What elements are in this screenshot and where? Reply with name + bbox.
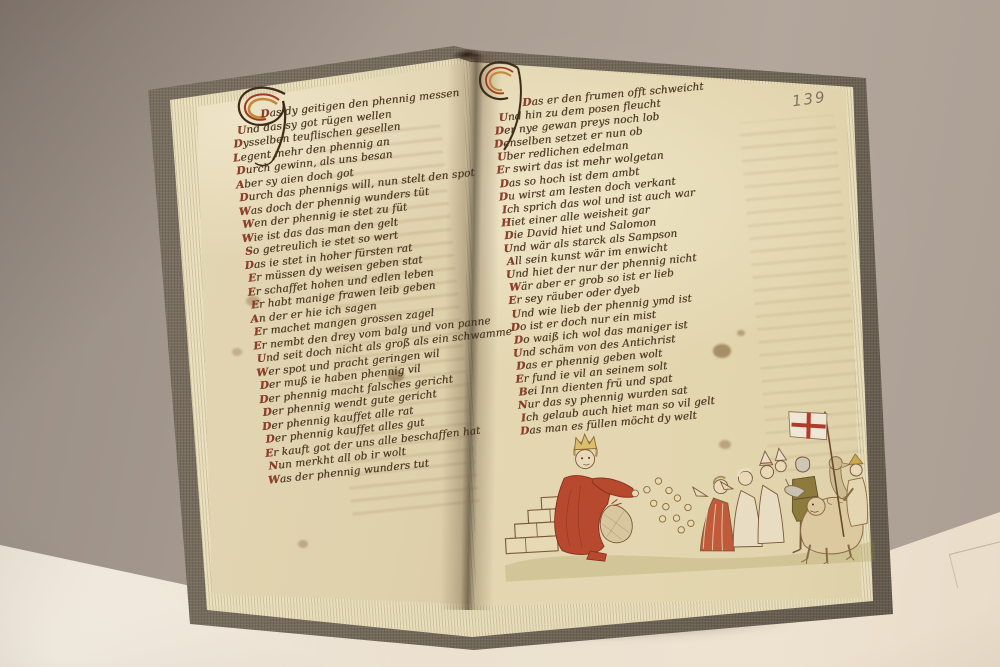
kneeling-supplicants bbox=[691, 448, 791, 553]
photograph-of-open-manuscript: Das dy geitigen den phennig messenUnd da… bbox=[0, 0, 1000, 667]
king-figure bbox=[550, 431, 642, 564]
king-hand bbox=[632, 490, 639, 497]
scattered-coins bbox=[643, 476, 694, 535]
manuscript-text-left: Das dy geitigen den phennig messenUnd da… bbox=[228, 85, 517, 488]
manuscript-text-right: Das er den frumen offt schweichtUnd hin … bbox=[490, 76, 788, 439]
age-spot bbox=[298, 540, 308, 548]
miniature-illustration bbox=[497, 403, 875, 581]
crown-icon bbox=[574, 434, 597, 450]
age-spot bbox=[232, 348, 242, 356]
